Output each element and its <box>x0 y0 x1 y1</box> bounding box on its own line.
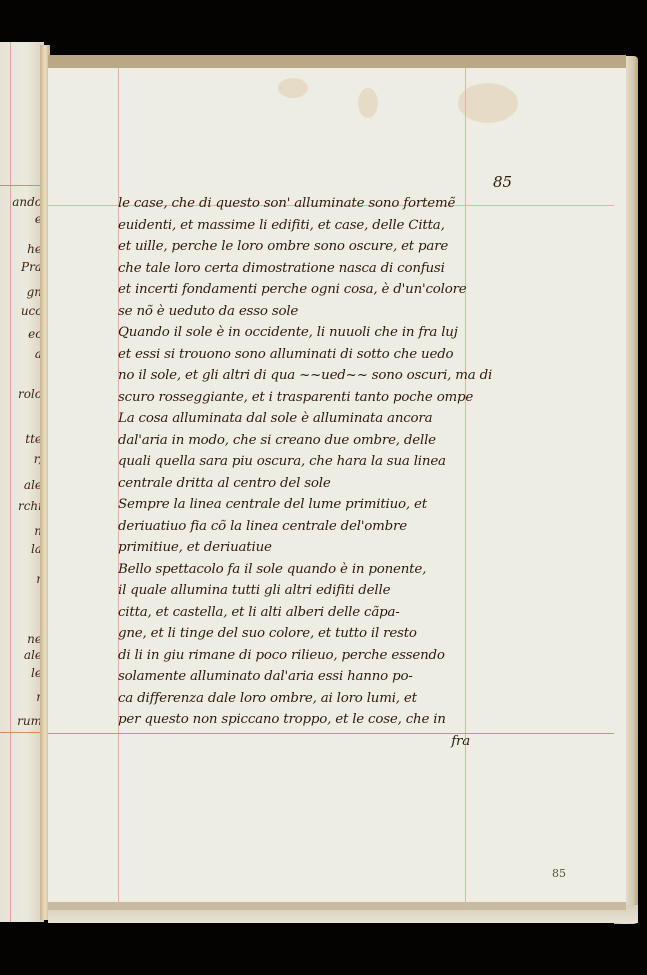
left-page-fragment: Pra <box>21 260 42 274</box>
foxing-stain <box>458 83 518 123</box>
text-line: che tale loro certa dimostratione nasca … <box>118 258 478 280</box>
text-line: centrale dritta al centro del sole <box>118 473 478 495</box>
text-line: euidenti, et massime li edifiti, et case… <box>118 215 478 237</box>
text-line: dal'aria in modo, che si creano due ombr… <box>118 430 478 452</box>
text-line: se nõ è ueduto da esso sole <box>118 301 478 323</box>
text-line: La cosa alluminata dal sole è alluminata… <box>118 408 478 430</box>
printed-folio-number: 85 <box>552 867 566 880</box>
left-page-fragment: rolo <box>18 387 42 401</box>
text-line: et essi si trouono sono alluminati di so… <box>118 344 478 366</box>
left-page-fragment: rchi <box>18 499 42 513</box>
text-line: gne, et li tinge del suo colore, et tutt… <box>118 623 478 645</box>
left-page-margin-rule <box>10 42 11 922</box>
catchword: fra <box>118 731 478 753</box>
foxing-stain <box>278 78 308 98</box>
text-line: per questo non spiccano troppo, et le co… <box>118 709 478 731</box>
text-line: no il sole, et gli altri di qua ~~ued~~ … <box>118 365 478 387</box>
foxing-stain <box>358 88 378 118</box>
text-line: ca differenza dale loro ombre, ai loro l… <box>118 688 478 710</box>
left-page-fragment: ucc <box>21 304 42 318</box>
text-line: Sempre la linea centrale del lume primit… <box>118 494 478 516</box>
text-line: et uille, perche le loro ombre sono oscu… <box>118 236 478 258</box>
text-line: il quale allumina tutti gli altri edifit… <box>118 580 478 602</box>
text-line: et incerti fondamenti perche ogni cosa, … <box>118 279 478 301</box>
text-line: scuro rosseggiante, et i trasparenti tan… <box>118 387 478 409</box>
manuscript-text: le case, che di questo son' alluminate s… <box>118 193 478 752</box>
left-page-fragment: rum <box>17 714 42 728</box>
text-line: solamente alluminato dal'aria essi hanno… <box>118 666 478 688</box>
text-line: primitiue, et deriuatiue <box>118 537 478 559</box>
left-page-fragment: ando <box>12 195 42 209</box>
facing-left-page: ando e he Pra gn ucc ec a rolo tte r, al… <box>0 42 44 922</box>
text-line: di li in giu rimane di poco rilieuo, per… <box>118 645 478 667</box>
left-page-bottom-rule <box>0 732 44 733</box>
text-line: Bello spettacolo fa il sole quando è in … <box>118 559 478 581</box>
text-line: citta, et castella, et li alti alberi de… <box>118 602 478 624</box>
left-page-top-rule <box>0 185 44 186</box>
text-line: deriuatiuo fia cõ la linea centrale del'… <box>118 516 478 538</box>
text-line: quali quella sara piu oscura, che hara l… <box>118 451 478 473</box>
text-line: le case, che di questo son' alluminate s… <box>118 193 478 215</box>
handwritten-folio-number: 85 <box>493 173 512 191</box>
text-line: Quando il sole è in occidente, li nuuoli… <box>118 322 478 344</box>
